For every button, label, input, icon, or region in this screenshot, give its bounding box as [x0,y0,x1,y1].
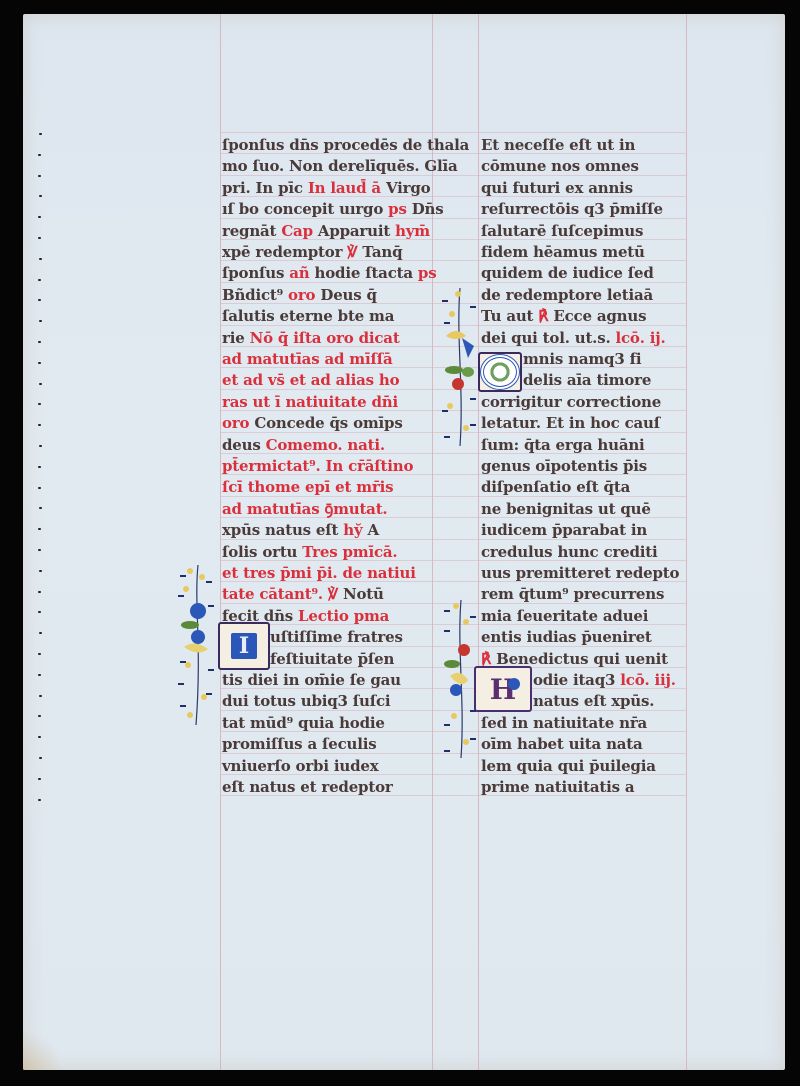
left-border-spray [176,565,220,725]
text-run: xpūs natus eſt [222,521,343,539]
text-run: entis iudias p̄ueniret [481,628,652,646]
text-line: corrigitur correctione [481,393,661,411]
text-run: corrigitur correctione [481,393,661,411]
text-run: ſponſus [222,264,289,282]
rubric-text: Nō q̄ iſta oro dicat [250,329,400,347]
right-upper-border-spray [440,288,480,446]
text-run: Notū [343,585,384,603]
pricking-hole [38,799,41,801]
rubric-text: lcō. iij. [620,671,676,689]
text-run: letatur. Et in hoc cauſ [481,414,660,432]
text-run: uus premitteret redepto [481,564,679,582]
text-run: xpē redemptor [222,243,347,261]
text-run: ſolis ortu [222,543,302,561]
text-line: lem quia qui p̄uilegia [481,757,656,775]
text-run: tat mūd⁹ quia hodie [222,714,385,732]
text-run: ſalutis eterne bte ma [222,307,394,325]
text-run: promiſſus a ſeculis [222,735,376,753]
text-run: Concede q̄s omīps [254,414,402,432]
text-run: Virgo [381,179,431,197]
rubric-text: Tres pmīcā. [302,543,397,561]
text-run: ſed in natiuitate nr̄a [481,714,647,732]
text-line: credulus hunc crediti [481,543,658,561]
text-run: Bñdict⁹ [222,286,288,304]
text-run: natus eſt xpūs. [533,692,654,710]
text-line: ſcī thome epī et mr̄is [222,478,393,496]
text-line: diſpenſatio eſt q̄ta [481,478,630,496]
rubric-text: oro [222,414,254,432]
text-run: Apparuit [313,222,395,240]
text-run: fidem hēamus metū [481,243,645,261]
text-line: delis aīa timore [523,371,651,389]
text-run: eſt natus et redeptor [222,778,393,796]
text-line: prime natiuitatis a [481,778,634,796]
rubric-text: ad matutīas ad mīſſā [222,350,393,368]
rubric-text: ℟ [481,650,491,668]
floral-spray-icon [442,600,480,758]
text-line: ℟ Benedictus qui uenit [481,650,668,668]
text-run: deus [222,436,266,454]
text-line: Tu aut ℟ Ecce agnus [481,307,646,325]
rubric-text: et tres p̄mi p̄i. de natiui [222,564,416,582]
text-line: Et neceſſe eſt ut in [481,136,635,154]
text-run: regnāt [222,222,281,240]
text-line: ſponſus añ hodie ſtacta ps [222,264,436,282]
text-run: pri. In pīc [222,179,308,197]
text-line: ſponſus dn̄s procedēs de thala [222,136,469,154]
pricking-hole [38,487,41,489]
text-line: ras ut ī natiuitate dn̄i [222,393,398,411]
text-run: mo ſuo. Non derelīquēs. Glīa [222,157,458,175]
pricking-hole [38,154,41,156]
text-line: ne benignitas ut quē [481,500,651,518]
illuminated-initial-i: I [218,622,270,670]
horizontal-ruling [220,132,686,133]
text-line: deus Comemo. nati. [222,436,385,454]
pricking-hole [38,653,41,655]
text-run: A [368,521,379,539]
text-run: prime natiuitatis a [481,778,634,796]
text-line: mo ſuo. Non derelīquēs. Glīa [222,157,458,175]
text-run: feſtiuitate p̄ſen [270,650,394,668]
text-run: ſum: q̄ta erga huāni [481,436,645,454]
text-run: credulus hunc crediti [481,543,658,561]
illuminated-initial-h: H [474,666,532,712]
text-line: mnis namq3 fi [523,350,641,368]
pricking-hole [39,258,42,260]
pricking-hole [39,757,42,759]
text-run: mnis namq3 fi [523,350,641,368]
text-run: vniuerſo orbi iudex [222,757,378,775]
text-line: dei qui tol. ut.s. lcō. ij. [481,329,666,347]
text-line: promiſſus a ſeculis [222,735,376,753]
text-line: regnāt Cap Apparuit hym̄ [222,222,430,240]
text-line: qui futuri ex annis [481,179,633,197]
text-line: de redemptore letiaā [481,286,653,304]
text-run: Deus q̄ [315,286,376,304]
text-line: eſt natus et redeptor [222,778,393,796]
text-line: pt̄ermictat⁹. In cr̄āſtino [222,457,413,475]
pricking-hole [38,591,41,593]
text-line: ad matutīas ad mīſſā [222,350,393,368]
rubric-text: ras ut ī natiuitate dn̄i [222,393,398,411]
text-line: oro Concede q̄s omīps [222,414,403,432]
text-line: tat mūd⁹ quia hodie [222,714,385,732]
rubric-text: Comemo. nati. [266,436,385,454]
text-line: tis diei in om̄ie ſe gau [222,671,401,689]
pricking-hole [38,549,41,551]
text-run: genus oīpotentis p̄is [481,457,647,475]
text-line: genus oīpotentis p̄is [481,457,647,475]
pricking-hole [38,279,41,281]
rubric-text: hym̄ [395,222,430,240]
pricking-hole [38,778,41,780]
blue-flower-icon [508,678,520,690]
text-line: cōmune nos omnes [481,157,639,175]
pricking-hole [38,237,41,239]
text-line: ſum: q̄ta erga huāni [481,436,645,454]
pricking-hole [38,175,41,177]
rubric-text: Cap [281,222,313,240]
text-run: diſpenſatio eſt q̄ta [481,478,630,496]
rubric-text: oro [288,286,315,304]
text-run: quidem de iudice ſed [481,264,654,282]
text-run: qui futuri ex annis [481,179,633,197]
text-run: iudicem p̄parabat in [481,521,647,539]
text-run: dui totus ubiq3 ſuſci [222,692,390,710]
text-line: et tres p̄mi p̄i. de natiui [222,564,416,582]
text-line: ſalutis eterne bte ma [222,307,394,325]
rubric-text: añ [289,264,309,282]
text-line: ſed in natiuitate nr̄a [481,714,647,732]
illuminated-initial-o: O [478,352,522,392]
floral-spray-icon [440,288,480,446]
right-lower-border-spray [442,600,480,758]
text-line: feſtiuitate p̄ſen [270,650,394,668]
text-run: dei qui tol. ut.s. [481,329,616,347]
pricking-hole [38,341,41,343]
rubric-text: Lectio pma [298,607,389,625]
text-line: xpūs natus eſt hy̆ A [222,521,379,539]
text-run: Dn̄s [407,200,444,218]
text-line: tate cātant⁹. ℣ Notū [222,585,384,603]
rubric-text: In laud̄ ā [308,179,381,197]
text-line: ad matutīas ꝯ̄mutat. [222,500,387,518]
text-run: ıſ bo concepit uırgo [222,200,388,218]
text-line: pri. In pīc In laud̄ ā Virgo [222,179,430,197]
text-run: Ecce agnus [548,307,646,325]
text-run: hodie ſtacta [310,264,418,282]
text-run: delis aīa timore [523,371,651,389]
pricking-hole [39,570,42,572]
text-line: uſtiſſime fratres [270,628,403,646]
initial-letter: I [231,633,257,659]
text-line: dui totus ubiq3 ſuſci [222,692,390,710]
rubric-text: hy̆ [343,521,367,539]
text-run: tis diei in om̄ie ſe gau [222,671,401,689]
rubric-text: ſcī thome epī et mr̄is [222,478,393,496]
text-line: et ad vs̄ et ad alias ho [222,371,399,389]
rubric-text: ps [388,200,407,218]
text-run: ſponſus dn̄s procedēs de thala [222,136,469,154]
text-line: uus premitteret redepto [481,564,679,582]
text-run: uſtiſſime fratres [270,628,403,646]
text-run: ne benignitas ut quē [481,500,651,518]
rubric-text: et ad vs̄ et ad alias ho [222,371,399,389]
rubric-text: pt̄ermictat⁹. In cr̄āſtino [222,457,413,475]
text-run: oīm habet uita nata [481,735,643,753]
pricking-hole [39,133,42,135]
text-run: Tu aut [481,307,538,325]
vertical-ruling [220,14,221,1070]
text-line: rie Nō q̄ iſta oro dicat [222,329,400,347]
text-line: Bñdict⁹ oro Deus q̄ [222,286,377,304]
text-line: xpē redemptor ℣ Tanq̄ [222,243,402,261]
pricking-hole [39,383,42,385]
text-line: vniuerſo orbi iudex [222,757,378,775]
text-run: de redemptore letiaā [481,286,653,304]
text-run: Tanq̄ [357,243,402,261]
initial-letter: O [480,354,520,390]
text-line: natus eſt xpūs. [533,692,654,710]
text-run: lem quia qui p̄uilegia [481,757,656,775]
vertical-ruling [478,14,479,1070]
text-run: odie itaq3 [533,671,620,689]
text-run: cōmune nos omnes [481,157,639,175]
text-run: ſalutarē ſuſcepimus [481,222,643,240]
text-run: rem q̄tum⁹ precurrens [481,585,664,603]
text-line: rem q̄tum⁹ precurrens [481,585,664,603]
text-run: reſurrectōis q3 p̄miſſe [481,200,663,218]
vertical-ruling [686,14,687,1070]
rubric-text: lcō. ij. [616,329,666,347]
rubric-text: ps [418,264,437,282]
text-line: quidem de iudice ſed [481,264,654,282]
rubric-text: ℣ [347,243,357,261]
pricking-hole [39,695,42,697]
floral-spray-icon [176,565,220,725]
text-run: mia ſeueritate aduei [481,607,648,625]
text-run: Et neceſſe eſt ut in [481,136,635,154]
text-run: Benedictus qui uenit [491,650,668,668]
pricking-hole [38,466,41,468]
text-line: mia ſeueritate aduei [481,607,648,625]
text-line: ſolis ortu Tres pmīcā. [222,543,397,561]
text-line: reſurrectōis q3 p̄miſſe [481,200,663,218]
text-run: rie [222,329,250,347]
pricking-hole [38,674,41,676]
text-line: oīm habet uita nata [481,735,643,753]
text-line: odie itaq3 lcō. iij. [533,671,676,689]
rubric-text: ad matutīas ꝯ̄mutat. [222,500,387,518]
text-line: iudicem p̄parabat in [481,521,647,539]
text-line: entis iudias p̄ueniret [481,628,652,646]
text-line: fidem hēamus metū [481,243,645,261]
pricking-hole [38,362,41,364]
rubric-text: ℟ [538,307,548,325]
pricking-hole [39,445,42,447]
text-line: ıſ bo concepit uırgo ps Dn̄s [222,200,444,218]
rubric-text: tate cātant⁹. ℣ [222,585,343,603]
text-line: ſalutarē ſuſcepimus [481,222,643,240]
text-line: letatur. Et in hoc cauſ [481,414,660,432]
